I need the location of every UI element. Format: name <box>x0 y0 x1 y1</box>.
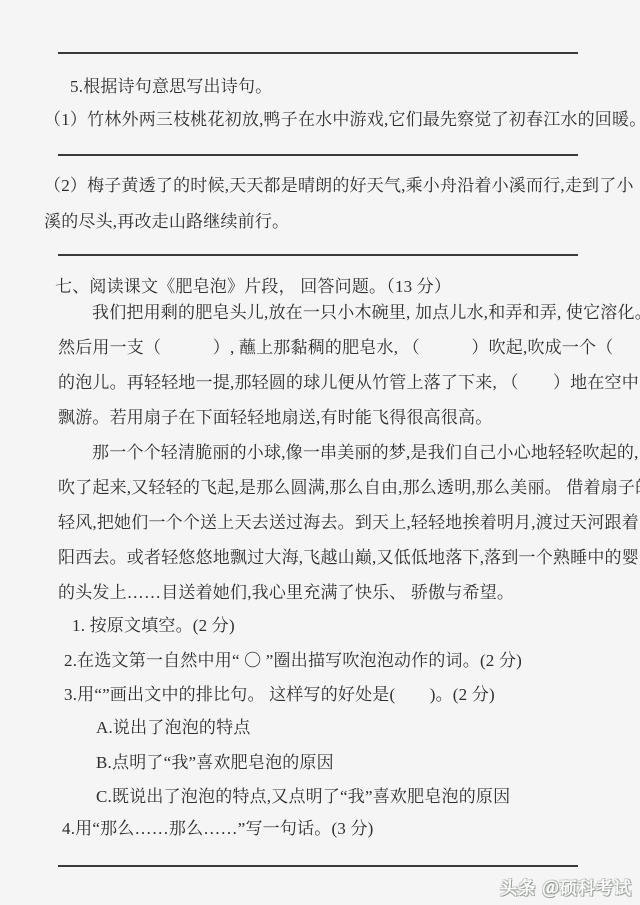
passage-line: 然后用一支（ ）, 蘸上那黏稠的肥皂水, （ ）吹起,吹成一个（ ） <box>58 330 640 365</box>
answer-rule-item2 <box>58 254 578 256</box>
passage-line: 飘游。若用扇子在下面轻轻地扇送,有时能飞得很高很高。 <box>58 400 640 435</box>
question5-title: 5.根据诗句意思写出诗句。 <box>70 69 272 104</box>
passage-line: 轻风,把她们一个个送上天去送过海去。到天上,轻轻地挨着明月,渡过天河跟着夕 <box>58 505 640 540</box>
worksheet-page: 5.根据诗句意思写出诗句。 （1）竹林外两三枝桃花初放,鸭子在水中游戏,它们最先… <box>0 0 640 905</box>
passage-paragraph-2: 那一个个轻清脆丽的小球,像一串美丽的梦,是我们自己小心地轻轻吹起的, 吹了起来,… <box>58 435 640 610</box>
question5-item1: （1）竹林外两三枝桃花初放,鸭子在水中游戏,它们最先察觉了初春江水的回暖。 <box>44 102 640 137</box>
passage-line: 的头发上……目送着她们,我心里充满了快乐、 骄傲与希望。 <box>58 575 640 610</box>
sub-question-1: 1. 按原文填空。(2 分) <box>72 608 235 643</box>
question5-item2-line2: 溪的尽头,再改走山路继续前行。 <box>44 204 289 239</box>
choice-a: A.说出了泡泡的特点 <box>96 710 251 745</box>
passage-line: 吹了起来,又轻轻的飞起,是那么圆满,那么自由,那么透明,那么美丽。 借着扇子的 <box>58 470 640 505</box>
passage-line: 阳西去。或者轻悠悠地飘过大海,飞越山巅,又低低地落下,落到一个熟睡中的婴儿 <box>58 540 640 575</box>
sub-question-4: 4.用“那么……那么……”写一句话。(3 分) <box>62 811 374 846</box>
passage-line: 我们把用剩的肥皂头儿,放在一只小木碗里, 加点儿水,和弄和弄, 使它溶化。 <box>58 295 640 330</box>
answer-rule-item1 <box>58 154 578 156</box>
answer-rule-top <box>58 52 578 54</box>
choice-c: C.既说出了泡泡的特点,又点明了“我”喜欢肥皂泡的原因 <box>96 779 510 814</box>
passage-line: 的泡儿。再轻轻地一提,那轻圆的球儿便从竹管上落了下来, （ ）地在空中 <box>58 365 640 400</box>
answer-rule-bottom <box>58 865 578 867</box>
passage-paragraph-1: 我们把用剩的肥皂头儿,放在一只小木碗里, 加点儿水,和弄和弄, 使它溶化。 然后… <box>58 295 640 435</box>
toutiao-watermark: 头条 ＠硕科考试 <box>500 874 632 899</box>
sub-question-2: 2.在选文第一自然中用“ 〇 ”圈出描写吹泡泡动作的词。(2 分) <box>64 643 522 678</box>
sub-question-3: 3.用“”画出文中的排比句。 这样写的好处是( )。(2 分) <box>64 677 495 712</box>
question5-item2-line1: （2）梅子黄透了的时候,天天都是晴朗的好天气,乘小舟沿着小溪而行,走到了小 <box>44 168 634 203</box>
choice-b: B.点明了“我”喜欢肥皂泡的原因 <box>96 745 334 780</box>
passage-line: 那一个个轻清脆丽的小球,像一串美丽的梦,是我们自己小心地轻轻吹起的, <box>58 435 640 470</box>
